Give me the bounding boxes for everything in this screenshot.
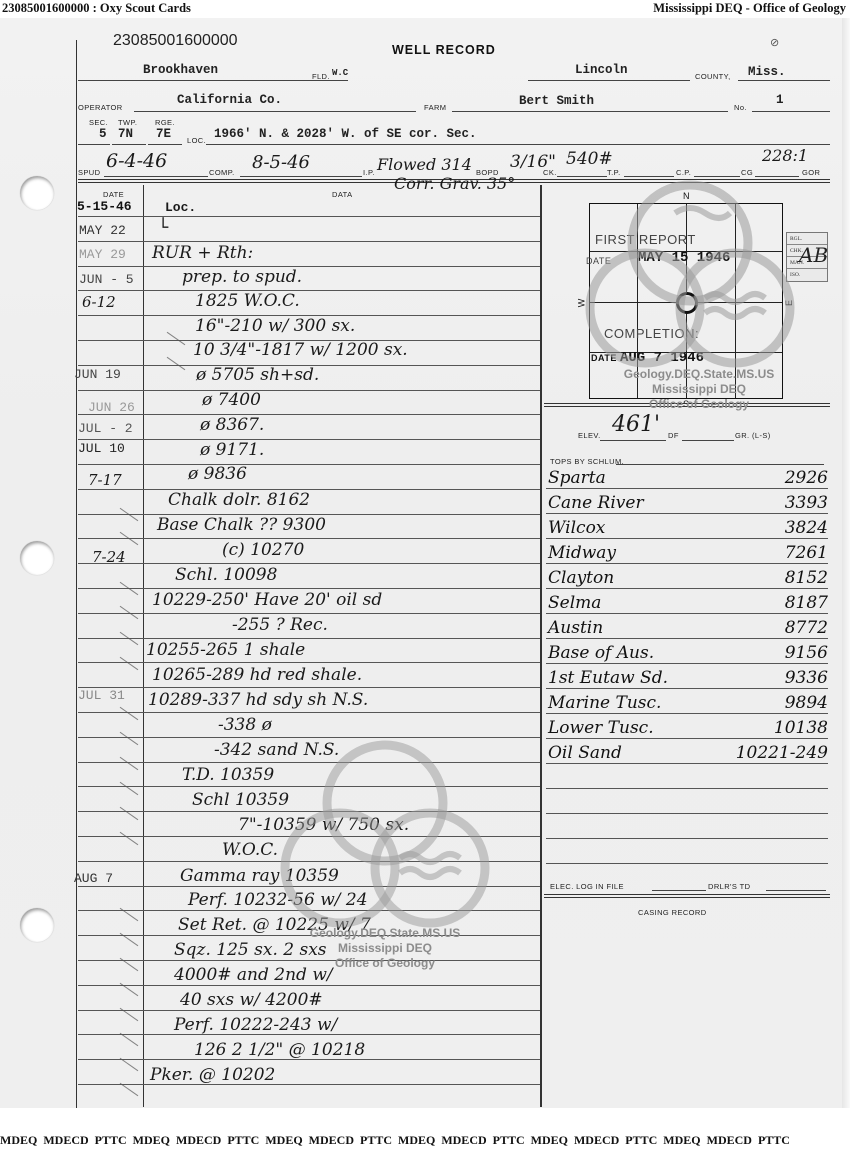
entry-data: Perf. 10222-243 w/ bbox=[174, 1015, 564, 1035]
field-label: FLD. bbox=[312, 72, 330, 81]
gor-value: 228:1 bbox=[762, 146, 808, 165]
drlr-td-label: DRLR'S TD bbox=[708, 882, 750, 891]
entry-date: MAY 22 bbox=[79, 223, 145, 238]
entry-date: JUN 26 bbox=[88, 400, 154, 415]
operator-value: California Co. bbox=[177, 93, 282, 107]
watermark-org: Mississippi DEQ bbox=[290, 941, 480, 955]
watermark-office: Office of Geology bbox=[604, 397, 794, 411]
entry-date: MAY 29 bbox=[79, 247, 145, 262]
entry-date: JUN 19 bbox=[74, 367, 140, 382]
elev-value: 461' bbox=[612, 412, 660, 437]
entry-data: -342 sand N.S. bbox=[214, 740, 604, 760]
sec-value: 5 bbox=[99, 127, 107, 141]
date-column-divider bbox=[143, 185, 144, 1107]
field-suffix: W.C bbox=[332, 68, 348, 78]
entry-data: prep. to spud. bbox=[182, 267, 572, 287]
farm-label: FARM bbox=[424, 103, 446, 112]
df-label: DF bbox=[668, 431, 679, 440]
corner-mark-icon: ⊘ bbox=[770, 36, 779, 49]
entry-date: 6-12 bbox=[82, 293, 148, 311]
footer-sponsors: MDEQ MDECD PTTC MDEQ MDECD PTTC MDEQ MDE… bbox=[0, 1133, 850, 1148]
document-title: 23085001600000 : Oxy Scout Cards bbox=[2, 1, 191, 16]
reviewer-initials: AB bbox=[799, 243, 828, 267]
twp-value: 7N bbox=[118, 127, 133, 141]
well-location-icon bbox=[676, 292, 698, 314]
entry-date: JUL - 2 bbox=[78, 421, 144, 436]
county-label: COUNTY, bbox=[695, 72, 731, 81]
cg-label: CG bbox=[741, 168, 753, 177]
formation-name: Austin bbox=[548, 618, 603, 638]
watermark-office: Office of Geology bbox=[290, 956, 480, 970]
review-tag: RGL. CHK. MAN. ISO. AB bbox=[786, 232, 828, 282]
entry-data: Perf. 10232-56 w/ 24 bbox=[188, 890, 578, 910]
rge-value: 7E bbox=[156, 127, 171, 141]
entry-data: Loc. bbox=[165, 200, 555, 215]
formation-depth: 3393 bbox=[720, 493, 828, 513]
rge-label: RGE. bbox=[155, 118, 175, 127]
entry-data: 10265-289 hd red shale. bbox=[152, 665, 542, 685]
comp-value: 8-5-46 bbox=[252, 152, 310, 173]
formation-depth: 8152 bbox=[720, 568, 828, 588]
ip-value: Flowed 314 bbox=[377, 155, 472, 174]
formation-depth: 10221-249 bbox=[720, 743, 828, 763]
ck-value: 540# bbox=[566, 149, 613, 169]
county-value: Lincoln bbox=[575, 63, 628, 77]
formation-depth: 2926 bbox=[720, 468, 828, 488]
entry-data: 126 2 1/2" @ 10218 bbox=[194, 1040, 584, 1060]
entry-data: ø 9836 bbox=[188, 464, 578, 484]
card-title: WELL RECORD bbox=[392, 43, 496, 57]
compass-east: E bbox=[784, 300, 794, 306]
watermark-org: Mississippi DEQ bbox=[604, 382, 794, 396]
entry-data: 1825 W.O.C. bbox=[195, 291, 585, 311]
entry-data: 10 3/4"-1817 w/ 1200 sx. bbox=[193, 340, 583, 360]
well-record-card: 23085001600000 WELL RECORD ⊘ Brookhaven … bbox=[0, 18, 850, 1108]
card-edge bbox=[842, 18, 850, 1108]
casing-record-label: CASING RECORD bbox=[638, 908, 707, 917]
entry-data: Pker. @ 10202 bbox=[150, 1065, 540, 1085]
first-report-date-label: DATE bbox=[586, 256, 611, 266]
elev-label: ELEV. bbox=[578, 431, 601, 440]
entry-data: RUR + Rth: bbox=[152, 243, 542, 263]
compass-north: N bbox=[683, 191, 690, 201]
state-value: Miss. bbox=[748, 65, 786, 79]
entry-date: 5-15-46 bbox=[77, 199, 143, 214]
field-value: Brookhaven bbox=[143, 63, 218, 77]
gr-label: GR. (L-S) bbox=[735, 431, 771, 440]
formation-name: Selma bbox=[548, 593, 601, 613]
sec-label: SEC. bbox=[89, 118, 108, 127]
entry-data: ø 5705 sh+sd. bbox=[196, 365, 586, 385]
gravity-note: Corr. Grav. 35° bbox=[394, 174, 515, 193]
spud-value: 6-4-46 bbox=[106, 150, 167, 172]
comp-label: COMP. bbox=[209, 168, 235, 177]
completion-label: COMPLETION: bbox=[604, 326, 699, 341]
formation-name: Midway bbox=[548, 543, 616, 563]
formation-name: Sparta bbox=[548, 468, 606, 488]
formation-depth: 8772 bbox=[720, 618, 828, 638]
punch-hole-icon bbox=[20, 541, 54, 575]
entry-data: ø 9171. bbox=[200, 440, 590, 460]
date-column-header: DATE bbox=[103, 190, 124, 199]
entry-data: Base Chalk ?? 9300 bbox=[157, 515, 547, 535]
formation-depth: 8187 bbox=[720, 593, 828, 613]
entry-data: Schl 10359 bbox=[192, 790, 582, 810]
entry-date: JUL 10 bbox=[78, 441, 144, 456]
formation-name: 1st Eutaw Sd. bbox=[548, 668, 668, 688]
tp-label: T.P. bbox=[607, 168, 621, 177]
entry-data: Gamma ray 10359 bbox=[180, 866, 570, 886]
formation-depth: 10138 bbox=[720, 718, 828, 738]
entry-data: T.D. 10359 bbox=[182, 765, 572, 785]
formation-name: Lower Tusc. bbox=[548, 718, 654, 738]
entry-data: Chalk dolr. 8162 bbox=[168, 490, 558, 510]
formation-name: Cane River bbox=[548, 493, 644, 513]
entry-data: 16"-210 w/ 300 sx. bbox=[195, 316, 585, 336]
punch-hole-icon bbox=[20, 176, 54, 210]
viewer-header: 23085001600000 : Oxy Scout Cards Mississ… bbox=[0, 0, 850, 18]
entry-date: 7-17 bbox=[88, 471, 154, 489]
completion-date-label: DATE bbox=[591, 353, 617, 363]
formation-depth: 3824 bbox=[720, 518, 828, 538]
operator-label: OPERATOR bbox=[78, 103, 123, 112]
api-number: 23085001600000 bbox=[113, 32, 238, 50]
formation-name: Base of Aus. bbox=[548, 643, 654, 663]
punch-hole-icon bbox=[20, 908, 54, 942]
formation-depth: 9336 bbox=[720, 668, 828, 688]
entry-date: JUL 31 bbox=[78, 688, 144, 703]
entry-data: └ bbox=[158, 218, 548, 238]
entry-data: 10289-337 hd sdy sh N.S. bbox=[148, 690, 538, 710]
loc-value: 1966' N. & 2028' W. of SE cor. Sec. bbox=[214, 127, 477, 141]
ck-label: CK. bbox=[543, 168, 557, 177]
entry-data: ø 7400 bbox=[202, 390, 592, 410]
elec-log-label: ELEC. LOG IN FILE bbox=[550, 882, 624, 891]
data-column-header: DATA bbox=[332, 190, 353, 199]
gor-label: GOR bbox=[802, 168, 820, 177]
entry-data: Schl. 10098 bbox=[175, 565, 565, 585]
well-number-value: 1 bbox=[776, 93, 784, 107]
tops-label: TOPS BY SCHLUM. bbox=[550, 457, 624, 466]
cp-label: C.P. bbox=[676, 168, 691, 177]
well-number-label: No. bbox=[734, 103, 747, 112]
entry-date: JUN - 5 bbox=[79, 272, 145, 287]
ip-label: I.P. bbox=[363, 168, 375, 177]
watermark-url: Geology.DEQ.State.MS.US bbox=[290, 926, 480, 940]
compass-west: W bbox=[576, 299, 586, 308]
formation-depth: 9156 bbox=[720, 643, 828, 663]
formation-name: Clayton bbox=[548, 568, 614, 588]
entry-date: 7-24 bbox=[92, 548, 158, 566]
entry-data: W.O.C. bbox=[222, 840, 612, 860]
entry-date: AUG 7 bbox=[74, 871, 140, 886]
formation-name: Oil Sand bbox=[548, 743, 622, 763]
publisher-title: Mississippi DEQ - Office of Geology bbox=[653, 1, 846, 16]
entry-data: ø 8367. bbox=[200, 415, 590, 435]
loc-label: LOC. bbox=[187, 136, 206, 145]
twp-label: TWP. bbox=[118, 118, 137, 127]
entry-data: 7"-10359 w/ 750 sx. bbox=[238, 815, 628, 835]
watermark-url: Geology.DEQ.State.MS.US bbox=[604, 367, 794, 381]
entry-data: 10255-265 1 shale bbox=[146, 640, 536, 660]
entry-data: 40 sxs w/ 4200# bbox=[180, 990, 570, 1010]
first-report-date: MAY 15 1946 bbox=[638, 250, 730, 266]
completion-date: AUG 7 1946 bbox=[620, 350, 704, 366]
formation-name: Wilcox bbox=[548, 518, 605, 538]
entry-data: 10229-250' Have 20' oil sd bbox=[152, 590, 542, 610]
formation-depth: 7261 bbox=[720, 543, 828, 563]
formation-depth: 9894 bbox=[720, 693, 828, 713]
farm-value: Bert Smith bbox=[519, 94, 594, 108]
formation-name: Marine Tusc. bbox=[548, 693, 661, 713]
spud-label: SPUD bbox=[78, 168, 100, 177]
first-report-label: FIRST REPORT bbox=[595, 232, 696, 247]
